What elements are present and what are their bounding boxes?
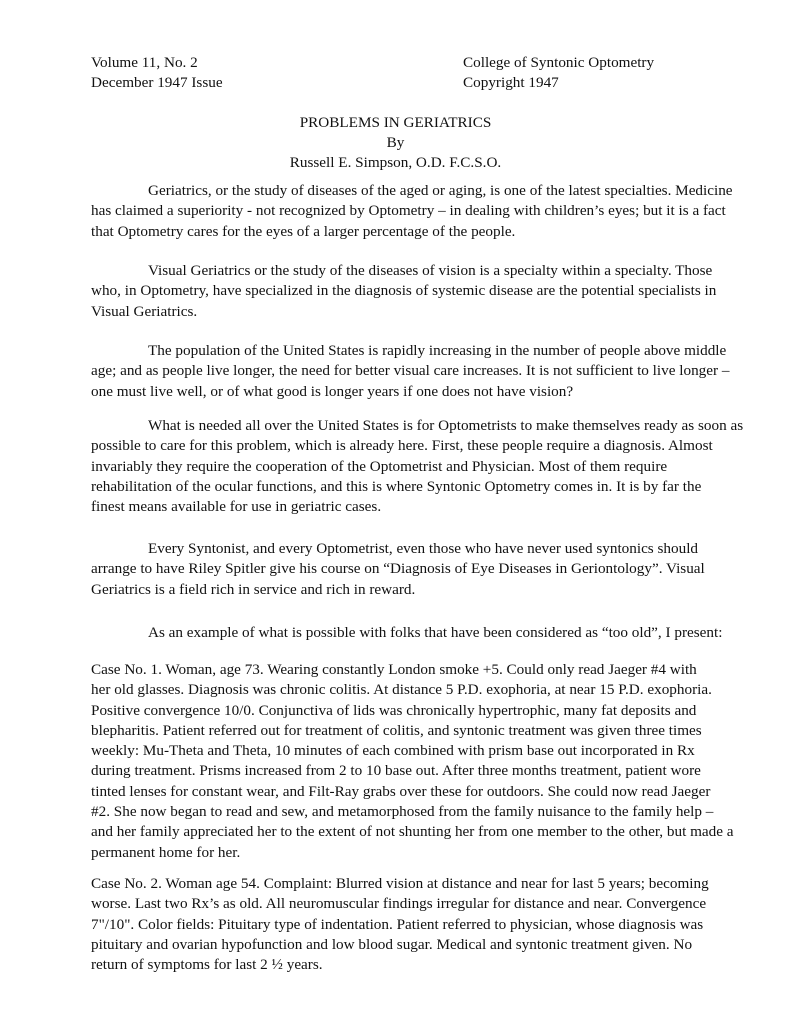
text-line: return of symptoms for last 2 ½ years. <box>91 955 709 975</box>
paragraph-visual-geriatrics: Visual Geriatrics or the study of the di… <box>91 261 716 322</box>
text-line: 7"/10". Color fields: Pituitary type of … <box>91 915 709 935</box>
text-line: Positive convergence 10/0. Conjunctiva o… <box>91 701 734 721</box>
text-line: pituitary and ovarian hypofunction and l… <box>91 935 709 955</box>
text-line: Visual Geriatrics or the study of the di… <box>91 261 716 281</box>
paragraph-example-intro: As an example of what is possible with f… <box>91 623 722 643</box>
publisher-name: College of Syntonic Optometry <box>463 53 654 73</box>
byline-label: By <box>0 133 791 153</box>
text-line: who, in Optometry, have specialized in t… <box>91 281 716 301</box>
paragraph-what-is-needed: What is needed all over the United State… <box>91 416 743 517</box>
text-line: during treatment. Prisms increased from … <box>91 761 734 781</box>
text-line: #2. She now began to read and sew, and m… <box>91 802 734 822</box>
text-line: and her family appreciated her to the ex… <box>91 822 734 842</box>
text-line: rehabilitation of the ocular functions, … <box>91 477 743 497</box>
article-title-block: PROBLEMS IN GERIATRICS By Russell E. Sim… <box>0 113 791 173</box>
volume-number: Volume 11, No. 2 <box>91 53 223 73</box>
text-line: her old glasses. Diagnosis was chronic c… <box>91 680 734 700</box>
text-line: Case No. 2. Woman age 54. Complaint: Blu… <box>91 874 709 894</box>
issue-date: December 1947 Issue <box>91 73 223 93</box>
text-line: Geriatrics, or the study of diseases of … <box>91 181 733 201</box>
article-title: PROBLEMS IN GERIATRICS <box>0 113 791 133</box>
text-line: Visual Geriatrics. <box>91 302 716 322</box>
copyright-notice: Copyright 1947 <box>463 73 654 93</box>
paragraph-case-1: Case No. 1. Woman, age 73. Wearing const… <box>91 660 734 863</box>
text-line: Case No. 1. Woman, age 73. Wearing const… <box>91 660 734 680</box>
text-line: invariably they require the cooperation … <box>91 457 743 477</box>
text-line: weekly: Mu-Theta and Theta, 10 minutes o… <box>91 741 734 761</box>
text-line: blepharitis. Patient referred out for tr… <box>91 721 734 741</box>
text-line: The population of the United States is r… <box>91 341 729 361</box>
text-line: that Optometry cares for the eyes of a l… <box>91 222 733 242</box>
text-line: What is needed all over the United State… <box>91 416 743 436</box>
paragraph-case-2: Case No. 2. Woman age 54. Complaint: Blu… <box>91 874 709 975</box>
text-line: has claimed a superiority - not recogniz… <box>91 201 733 221</box>
text-line: permanent home for her. <box>91 843 734 863</box>
text-line: finest means available for use in geriat… <box>91 497 743 517</box>
paragraph-every-syntonist: Every Syntonist, and every Optometrist, … <box>91 539 705 600</box>
text-line: As an example of what is possible with f… <box>91 623 722 643</box>
header-left: Volume 11, No. 2 December 1947 Issue <box>91 53 223 93</box>
paragraph-geriatrics-intro: Geriatrics, or the study of diseases of … <box>91 181 733 242</box>
paragraph-population: The population of the United States is r… <box>91 341 729 402</box>
text-line: possible to care for this problem, which… <box>91 436 743 456</box>
header-right: College of Syntonic Optometry Copyright … <box>463 53 654 93</box>
author-name: Russell E. Simpson, O.D. F.C.S.O. <box>0 153 791 173</box>
text-line: worse. Last two Rx’s as old. All neuromu… <box>91 894 709 914</box>
text-line: one must live well, or of what good is l… <box>91 382 729 402</box>
text-line: Every Syntonist, and every Optometrist, … <box>91 539 705 559</box>
text-line: arrange to have Riley Spitler give his c… <box>91 559 705 579</box>
text-line: age; and as people live longer, the need… <box>91 361 729 381</box>
text-line: Geriatrics is a field rich in service an… <box>91 580 705 600</box>
text-line: tinted lenses for constant wear, and Fil… <box>91 782 734 802</box>
document-page: Volume 11, No. 2 December 1947 Issue Col… <box>0 0 791 1024</box>
